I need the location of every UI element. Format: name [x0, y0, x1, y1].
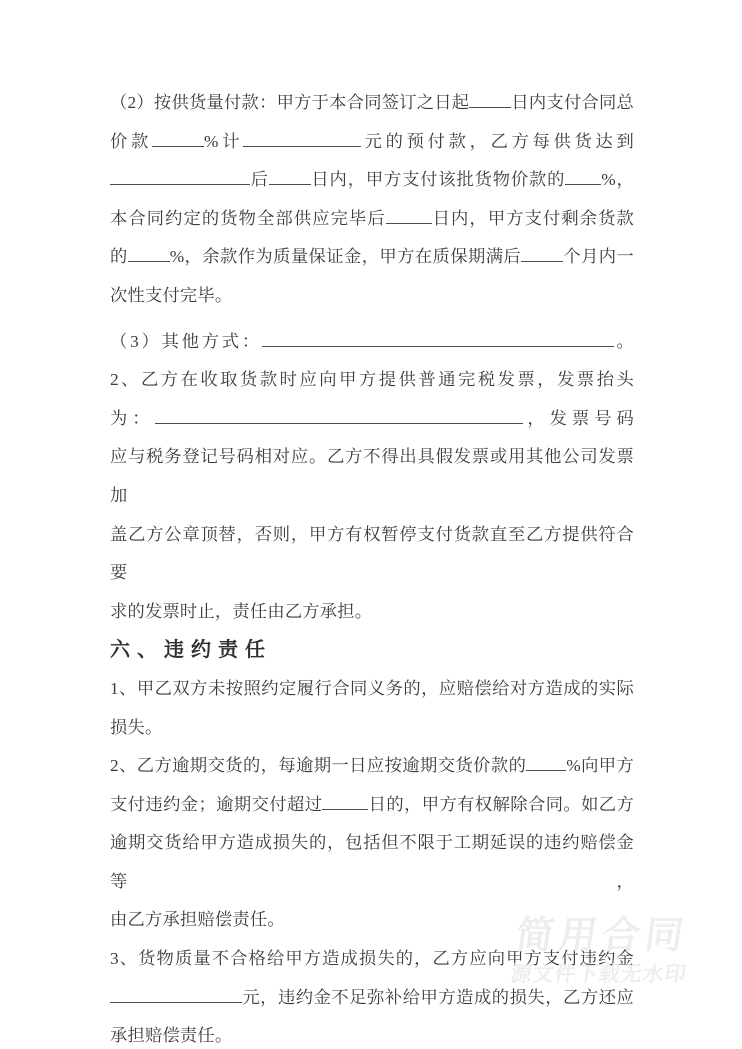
fill-in-blank	[322, 791, 368, 809]
contract-page: （2）按供货量付款：甲方于本合同签订之日起日内支付合同总价款%计元的预付款，乙方…	[0, 0, 742, 1049]
text-segment: （3）其他方式：	[110, 332, 262, 351]
text-line: 损失。	[110, 709, 634, 748]
text-line: （3）其他方式：。	[110, 323, 634, 362]
text-segment: （2）按供货量付款：甲方于本合同签订之日起	[110, 93, 469, 112]
text-segment: 元的预付款，乙方每供货达到	[361, 132, 634, 151]
clause-late-delivery: 2、乙方逾期交货的，每逾期一日应按逾期交货价款的%向甲方支付违约金；逾期交付超过…	[110, 747, 634, 940]
text-segment: 日的，甲方有权解除合同。如乙方	[368, 795, 634, 814]
text-line: 1、甲乙双方未按照约定履行合同义务的，应赔偿给对方造成的实际	[110, 670, 634, 709]
text-segment: 日内，甲方支付该批货物价款的	[311, 170, 565, 189]
text-segment: 元，违约金不足弥补给甲方造成的损失，乙方还应	[242, 988, 634, 1007]
text-segment: 应与税务登记号码相对应。乙方不得出具假发票或用其他公司发票加	[110, 447, 634, 505]
text-line: 元，违约金不足弥补给甲方造成的损失，乙方还应	[110, 979, 634, 1018]
text-segment: %，	[601, 170, 634, 189]
text-segment: 日内，甲方支付剩余货款	[432, 209, 634, 228]
fill-in-blank	[155, 405, 523, 423]
section-heading-breach-liability: 六、违约责任	[110, 631, 634, 670]
text-segment: 支付违约金；逾期交付超过	[110, 795, 322, 814]
text-segment: ，发票号码	[523, 409, 634, 428]
text-segment: 次性支付完毕。	[110, 286, 232, 305]
text-line: 应与税务登记号码相对应。乙方不得出具假发票或用其他公司发票加	[110, 438, 634, 515]
text-segment: 承担赔偿责任。	[110, 1026, 232, 1045]
fill-in-blank	[128, 244, 170, 262]
fill-in-blank	[243, 128, 361, 146]
fill-in-blank	[526, 753, 566, 771]
text-line: 2、乙方逾期交货的，每逾期一日应按逾期交货价款的%向甲方	[110, 747, 634, 786]
text-segment: 本合同约定的货物全部供应完毕后	[110, 209, 386, 228]
text-segment: 求的发票时止，责任由乙方承担。	[110, 602, 372, 621]
text-segment: 的	[110, 247, 128, 266]
text-segment: 个月内一	[563, 247, 634, 266]
fill-in-blank	[110, 984, 242, 1002]
text-line: 由乙方承担赔偿责任。	[110, 901, 634, 940]
contract-body: （2）按供货量付款：甲方于本合同签订之日起日内支付合同总价款%计元的预付款，乙方…	[0, 0, 742, 1049]
text-line: 本合同约定的货物全部供应完毕后日内，甲方支付剩余货款	[110, 200, 634, 239]
text-segment: 逾期交货给甲方造成损失的，包括但不限于工期延误的违约赔偿金等，	[110, 833, 634, 891]
text-segment: 为：	[110, 409, 155, 428]
text-line: 价款%计元的预付款，乙方每供货达到	[110, 123, 634, 162]
text-line: 后日内，甲方支付该批货物价款的%，	[110, 161, 634, 200]
fill-in-blank	[521, 244, 563, 262]
text-segment: 盖乙方公章顶替，否则，甲方有权暂停支付货款直至乙方提供符合要	[110, 525, 634, 583]
text-segment: 。	[614, 332, 634, 351]
text-segment: 3、货物质量不合格给甲方造成损失的，乙方应向甲方支付违约金	[110, 949, 634, 968]
fill-in-blank	[110, 167, 250, 185]
text-segment: 后	[250, 170, 269, 189]
text-line: 支付违约金；逾期交付超过日的，甲方有权解除合同。如乙方	[110, 786, 634, 825]
fill-in-blank	[152, 128, 204, 146]
fill-in-blank	[262, 328, 614, 346]
text-segment: %，余款作为质量保证金，甲方在质保期满后	[170, 247, 521, 266]
text-segment: 损失。	[110, 718, 162, 737]
text-line: 求的发票时止，责任由乙方承担。	[110, 593, 634, 632]
text-segment: 日内支付合同总	[511, 93, 634, 112]
text-segment: 2、乙方逾期交货的，每逾期一日应按逾期交货价款的	[110, 756, 526, 775]
text-segment: 价款	[110, 132, 152, 151]
text-segment: 由乙方承担赔偿责任。	[110, 910, 285, 929]
text-line: 承担赔偿责任。	[110, 1017, 634, 1049]
fill-in-blank	[386, 205, 432, 223]
text-line: 盖乙方公章顶替，否则，甲方有权暂停支付货款直至乙方提供符合要	[110, 516, 634, 593]
clause-quality-defect: 3、货物质量不合格给甲方造成损失的，乙方应向甲方支付违约金元，违约金不足弥补给甲…	[110, 940, 634, 1049]
clause-invoice: 2、乙方在收取货款时应向甲方提供普通完税发票，发票抬头为：，发票号码应与税务登记…	[110, 361, 634, 631]
text-line: 2、乙方在收取货款时应向甲方提供普通完税发票，发票抬头	[110, 361, 634, 400]
text-line: 3、货物质量不合格给甲方造成损失的，乙方应向甲方支付违约金	[110, 940, 634, 979]
clause-breach-general: 1、甲乙双方未按照约定履行合同义务的，应赔偿给对方造成的实际损失。	[110, 670, 634, 747]
clause-other-method: （3）其他方式：。	[110, 323, 634, 362]
text-line: 的%，余款作为质量保证金，甲方在质保期满后个月内一	[110, 238, 634, 277]
text-line: 逾期交货给甲方造成损失的，包括但不限于工期延误的违约赔偿金等，	[110, 824, 634, 901]
text-segment: 1、甲乙双方未按照约定履行合同义务的，应赔偿给对方造成的实际	[110, 679, 634, 698]
text-line: 次性支付完毕。	[110, 277, 634, 316]
text-segment: 2、乙方在收取货款时应向甲方提供普通完税发票，发票抬头	[110, 370, 634, 389]
text-segment: %向甲方	[566, 756, 634, 775]
fill-in-blank	[565, 167, 601, 185]
text-segment: %计	[204, 132, 243, 151]
clause-payment-by-supply-volume: （2）按供货量付款：甲方于本合同签订之日起日内支付合同总价款%计元的预付款，乙方…	[110, 84, 634, 316]
text-line: 为：，发票号码	[110, 400, 634, 439]
fill-in-blank	[469, 90, 511, 108]
text-line: （2）按供货量付款：甲方于本合同签订之日起日内支付合同总	[110, 84, 634, 123]
fill-in-blank	[269, 167, 311, 185]
